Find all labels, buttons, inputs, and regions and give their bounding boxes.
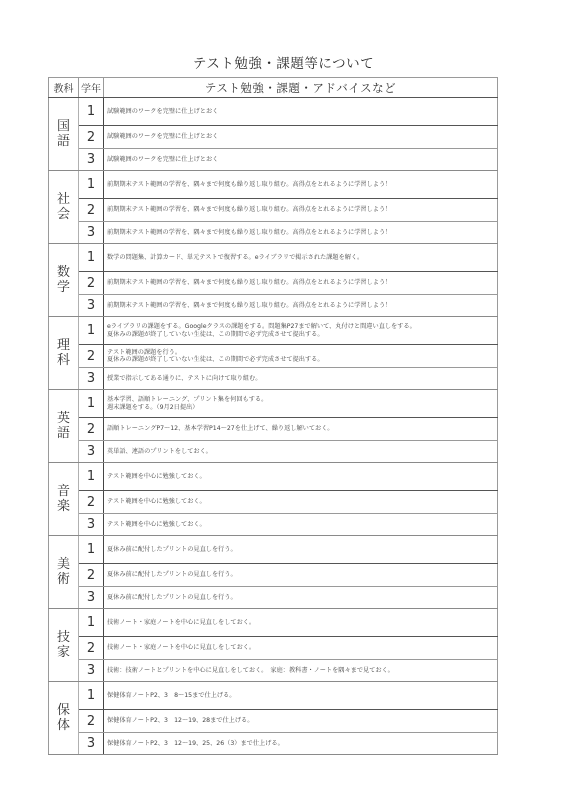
subject-cell: 音楽 [49, 463, 79, 536]
table-row: 3授業で指示してある通りに、テストに向けて取り組む。 [49, 368, 498, 390]
table-body: 国語1試験範囲のワークを完璧に仕上げとおく2試験範囲のワークを完璧に仕上げとおく… [49, 98, 498, 755]
grade-cell: 1 [79, 463, 104, 491]
subject-label: 美術 [57, 557, 71, 587]
grade-cell: 1 [79, 244, 104, 272]
grade-cell: 3 [79, 368, 104, 390]
grade-cell: 2 [79, 710, 104, 733]
subject-label: 数学 [57, 265, 71, 295]
table-row: 3前期期末テスト範囲の学習を、隅々まで何度も繰り返し取り組む。高得点をとれるよう… [49, 295, 498, 317]
grade-cell: 3 [79, 660, 104, 682]
table-row: 英語1基本学習、語順トレーニング、プリント集を何回もする。 週末課題をする。（9… [49, 390, 498, 418]
subject-cell: 数学 [49, 244, 79, 317]
grade-cell: 3 [79, 149, 104, 171]
table-row: 3テスト範囲を中心に勉強しておく。 [49, 514, 498, 536]
advice-cell: 英単語、連語のプリントをしておく。 [104, 441, 498, 463]
grade-cell: 1 [79, 609, 104, 637]
advice-cell: 試験範囲のワークを完璧に仕上げとおく [104, 149, 498, 171]
subject-label: 英語 [57, 411, 71, 441]
subject-label: 保体 [57, 703, 71, 733]
table-row: 保体1保健体育ノートP2、3 8～15まで仕上げる。 [49, 682, 498, 710]
advice-cell: テスト範囲を中心に勉強しておく。 [104, 491, 498, 514]
subject-label: 理科 [57, 338, 71, 368]
grade-cell: 2 [79, 126, 104, 149]
subject-cell: 技家 [49, 609, 79, 682]
table-row: 国語1試験範囲のワークを完璧に仕上げとおく [49, 98, 498, 126]
subject-cell: 英語 [49, 390, 79, 463]
header-content: テスト勉強・課題・アドバイスなど [104, 78, 498, 98]
grade-cell: 3 [79, 514, 104, 536]
advice-cell: 技術ノート・家庭ノートを中心に見直しをしておく。 [104, 637, 498, 660]
study-plan-table: 教科 学年 テスト勉強・課題・アドバイスなど 国語1試験範囲のワークを完璧に仕上… [48, 77, 498, 755]
table-row: 2技術ノート・家庭ノートを中心に見直しをしておく。 [49, 637, 498, 660]
table-row: 音楽1テスト範囲を中心に勉強しておく。 [49, 463, 498, 491]
subject-cell: 社会 [49, 171, 79, 244]
grade-cell: 2 [79, 491, 104, 514]
table-header-row: 教科 学年 テスト勉強・課題・アドバイスなど [49, 78, 498, 98]
advice-cell: テスト範囲の課題を行う。 夏休みの課題が終了していない生徒は、この期間で必ず完成… [104, 345, 498, 368]
page-title: テスト勉強・課題等について [0, 52, 567, 72]
advice-cell: 夏休み前に配付したプリントの見直しを行う。 [104, 564, 498, 587]
header-subject: 教科 [49, 78, 79, 98]
table-row: 社会1前期期末テスト範囲の学習を、隅々まで何度も繰り返し取り組む。高得点をとれる… [49, 171, 498, 199]
table-row: 数学1数学の問題集、計算カード、単元テストで復習する。eライブラリで掲示された課… [49, 244, 498, 272]
grade-cell: 3 [79, 295, 104, 317]
subject-cell: 美術 [49, 536, 79, 609]
advice-cell: 前期期末テスト範囲の学習を、隅々まで何度も繰り返し取り組む。高得点をとれるように… [104, 295, 498, 317]
grade-cell: 3 [79, 222, 104, 244]
advice-cell: 試験範囲のワークを完璧に仕上げとおく [104, 126, 498, 149]
grade-cell: 2 [79, 564, 104, 587]
table-row: 美術1夏休み前に配付したプリントの見直しを行う。 [49, 536, 498, 564]
advice-cell: 授業で指示してある通りに、テストに向けて取り組む。 [104, 368, 498, 390]
table-row: 3前期期末テスト範囲の学習を、隅々まで何度も繰り返し取り組む。高得点をとれるよう… [49, 222, 498, 244]
grade-cell: 1 [79, 171, 104, 199]
grade-cell: 1 [79, 682, 104, 710]
advice-cell: 基本学習、語順トレーニング、プリント集を何回もする。 週末課題をする。（9月2日… [104, 390, 498, 418]
table-row: 2試験範囲のワークを完璧に仕上げとおく [49, 126, 498, 149]
advice-cell: 夏休み前に配付したプリントの見直しを行う。 [104, 536, 498, 564]
grade-cell: 3 [79, 587, 104, 609]
advice-cell: テスト範囲を中心に勉強しておく。 [104, 514, 498, 536]
advice-cell: 前期期末テスト範囲の学習を、隅々まで何度も繰り返し取り組む。高得点をとれるように… [104, 199, 498, 222]
advice-cell: 前期期末テスト範囲の学習を、隅々まで何度も繰り返し取り組む。高得点をとれるように… [104, 272, 498, 295]
advice-cell: 技術：技術ノートとプリントを中心に見直しをしておく。 家庭：教科書・ノートを隅々… [104, 660, 498, 682]
grade-cell: 2 [79, 418, 104, 441]
subject-cell: 理科 [49, 317, 79, 390]
table-row: 2前期期末テスト範囲の学習を、隅々まで何度も繰り返し取り組む。高得点をとれるよう… [49, 272, 498, 295]
grade-cell: 1 [79, 317, 104, 345]
advice-cell: 保健体育ノートP2、3 8～15まで仕上げる。 [104, 682, 498, 710]
subject-cell: 国語 [49, 98, 79, 171]
grade-cell: 2 [79, 199, 104, 222]
table-row: 3技術：技術ノートとプリントを中心に見直しをしておく。 家庭：教科書・ノートを隅… [49, 660, 498, 682]
subject-label: 音楽 [57, 484, 71, 514]
table-row: 3試験範囲のワークを完璧に仕上げとおく [49, 149, 498, 171]
subject-cell: 保体 [49, 682, 79, 755]
advice-cell: 保健体育ノートP2、3 12～19、28まで仕上げる。 [104, 710, 498, 733]
table-row: 理科1eライブラリの課題をする。Googleクラスの課題をする。問題集P27まで… [49, 317, 498, 345]
table-row: 2保健体育ノートP2、3 12～19、28まで仕上げる。 [49, 710, 498, 733]
table-row: 2夏休み前に配付したプリントの見直しを行う。 [49, 564, 498, 587]
header-grade: 学年 [79, 78, 104, 98]
advice-cell: eライブラリの課題をする。Googleクラスの課題をする。問題集P27まで解いて… [104, 317, 498, 345]
advice-cell: テスト範囲を中心に勉強しておく。 [104, 463, 498, 491]
subject-label: 国語 [57, 119, 71, 149]
grade-cell: 1 [79, 98, 104, 126]
grade-cell: 2 [79, 272, 104, 295]
advice-cell: 保健体育ノートP2、3 12～19、25、26（3）まで仕上げる。 [104, 733, 498, 755]
grade-cell: 3 [79, 441, 104, 463]
grade-cell: 2 [79, 637, 104, 660]
advice-cell: 数学の問題集、計算カード、単元テストで復習する。eライブラリで掲示された課題を解… [104, 244, 498, 272]
advice-cell: 語順トレーニングP7～12、基本学習P14～27を仕上げて、繰り返し解いておく。 [104, 418, 498, 441]
table-row: 2テスト範囲を中心に勉強しておく。 [49, 491, 498, 514]
grade-cell: 3 [79, 733, 104, 755]
advice-cell: 試験範囲のワークを完璧に仕上げとおく [104, 98, 498, 126]
advice-cell: 前期期末テスト範囲の学習を、隅々まで何度も繰り返し取り組む。高得点をとれるように… [104, 222, 498, 244]
subject-label: 技家 [57, 630, 71, 660]
grade-cell: 1 [79, 390, 104, 418]
table-row: 3保健体育ノートP2、3 12～19、25、26（3）まで仕上げる。 [49, 733, 498, 755]
table-row: 技家1技術ノート・家庭ノートを中心に見直しをしておく。 [49, 609, 498, 637]
advice-cell: 技術ノート・家庭ノートを中心に見直しをしておく。 [104, 609, 498, 637]
table-row: 3夏休み前に配付したプリントの見直しを行う。 [49, 587, 498, 609]
subject-label: 社会 [57, 192, 71, 222]
advice-cell: 夏休み前に配付したプリントの見直しを行う。 [104, 587, 498, 609]
table-row: 2テスト範囲の課題を行う。 夏休みの課題が終了していない生徒は、この期間で必ず完… [49, 345, 498, 368]
grade-cell: 1 [79, 536, 104, 564]
table-row: 2語順トレーニングP7～12、基本学習P14～27を仕上げて、繰り返し解いておく… [49, 418, 498, 441]
grade-cell: 2 [79, 345, 104, 368]
table-row: 2前期期末テスト範囲の学習を、隅々まで何度も繰り返し取り組む。高得点をとれるよう… [49, 199, 498, 222]
table-row: 3英単語、連語のプリントをしておく。 [49, 441, 498, 463]
advice-cell: 前期期末テスト範囲の学習を、隅々まで何度も繰り返し取り組む。高得点をとれるように… [104, 171, 498, 199]
